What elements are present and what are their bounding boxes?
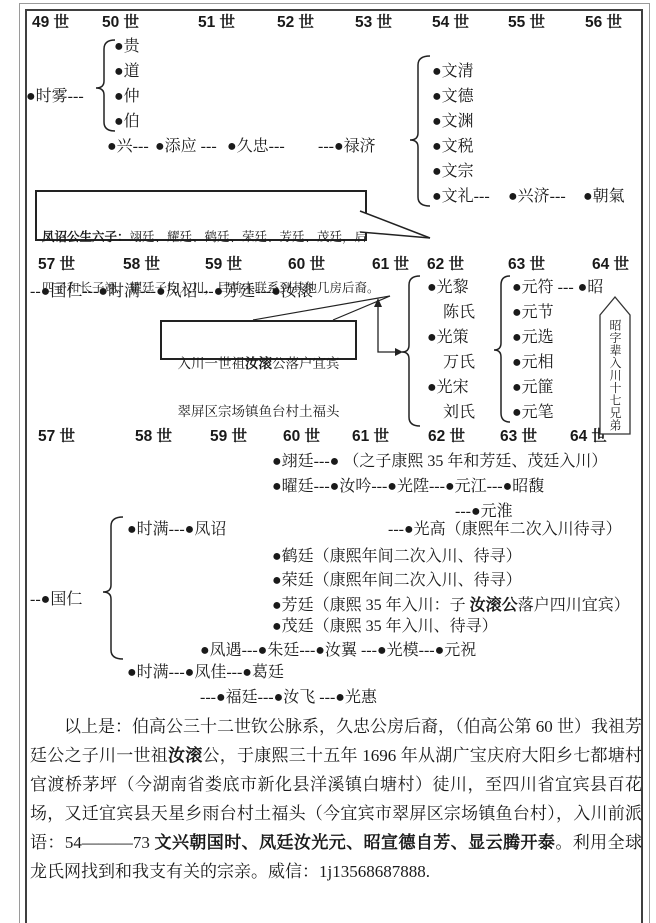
callout2-pre: 入川一世祖 <box>178 356 246 371</box>
node-yuanxuan: ●元选 <box>512 328 554 348</box>
node-rongting: ●荣廷（康熙年间二次入川、待寻） <box>272 571 522 591</box>
gen-header-63b: 63 世 <box>500 427 537 447</box>
node-yuanhuai: ---●元淮 <box>455 502 513 522</box>
node-wenshui: ●文税 <box>432 137 474 157</box>
callout2-post: 公落户宜宾 <box>272 356 340 371</box>
node-yuanfu-zhao: ●元符 --- ●昭 <box>512 278 603 298</box>
node-shiwu: ●时雾--- <box>26 87 84 107</box>
gen-header-61a: 61 世 <box>372 255 409 275</box>
gen-header-57b: 57 世 <box>38 427 75 447</box>
node-shiman1: ●时满---●凤诏 <box>127 520 226 540</box>
node-wende: ●文德 <box>432 87 474 107</box>
callout1-title: 凤诏公生六子： <box>42 230 130 244</box>
node-yuanjie: ●元节 <box>512 303 554 323</box>
genealogy-chart-page: 49 世 50 世 51 世 52 世 53 世 54 世 55 世 56 世 … <box>0 0 656 923</box>
node-fengyu: ●凤遇---●朱廷---●汝翼 ---●光模---●元祝 <box>200 641 476 661</box>
callout2-bold: 汝滚 <box>245 356 272 371</box>
node-bo: ●伯 <box>114 112 140 132</box>
node-fangting: ●芳廷（康熙 35 年入川：子 汝滚公落户四川宜宾） <box>272 596 630 616</box>
gen-header-64a: 64 世 <box>592 255 629 275</box>
node-heting: ●鹤廷（康熙年间二次入川、待寻） <box>272 547 522 567</box>
node-wenyuan: ●文渊 <box>432 112 474 132</box>
gen-header-51: 51 世 <box>198 13 235 33</box>
node-yuanbi: ●元笔 <box>512 403 554 423</box>
node-jiuzhong: ●久忠--- <box>227 137 285 157</box>
callout1-line1: 翊廷、耀廷、鹤廷、荣廷、芳廷、茂廷，后 <box>130 230 368 244</box>
node-gui: ●贵 <box>114 37 140 57</box>
gen-header-62a: 62 世 <box>427 255 464 275</box>
gen-header-50: 50 世 <box>102 13 139 33</box>
gen-header-54: 54 世 <box>432 13 469 33</box>
gen-header-52: 52 世 <box>277 13 314 33</box>
gen-header-49: 49 世 <box>32 13 69 33</box>
gen-header-56: 56 世 <box>585 13 622 33</box>
gen-header-53: 53 世 <box>355 13 392 33</box>
node-tianying: ●添应 --- <box>155 137 217 157</box>
node-guoren: --●国仁 <box>30 590 82 610</box>
gen-header-61b: 61 世 <box>352 427 389 447</box>
gen-header-63a: 63 世 <box>508 255 545 275</box>
node-chenshi: 陈氏 <box>443 303 475 323</box>
callout-fengzhao-six-sons: 凤诏公生六子：翊廷、耀廷、鹤廷、荣廷、芳廷、茂廷，后 四子和长子翊、耀廷子均入川… <box>35 190 367 241</box>
callout1-line2: 四子和长子翊、耀廷子均入川，目前未联系到其他几房后裔。 <box>42 280 365 297</box>
node-luji: ---●禄济 <box>318 137 376 157</box>
node-xing: ●兴--- <box>107 137 149 157</box>
node-dao: ●道 <box>114 62 140 82</box>
node-liushi: 刘氏 <box>443 403 475 423</box>
node-wanshi: 万氏 <box>443 353 475 373</box>
node-yuanfei: ●元篚 <box>512 378 554 398</box>
node-guangli: ●光黎 <box>427 278 469 298</box>
callout2-line2: 翠屏区宗场镇鱼台村土福头 <box>162 404 355 420</box>
node-shiman2: ●时满---●凤佳---●葛廷 <box>127 663 284 683</box>
node-guangsong: ●光宋 <box>427 378 469 398</box>
node-yuanxiang: ●元相 <box>512 353 554 373</box>
node-yaoting: ●曜廷---●汝吟---●光陞---●元江---●昭馥 <box>272 477 544 497</box>
node-wenqing: ●文清 <box>432 62 474 82</box>
gen-header-62b: 62 世 <box>428 427 465 447</box>
gen-header-55: 55 世 <box>508 13 545 33</box>
banner-zhao-generation-note: 昭字辈入川十七兄弟 <box>602 319 628 431</box>
callout-rugun-settled: 入川一世祖汝滚公落户宜宾 翠屏区宗场镇鱼台村土福头 <box>160 320 357 360</box>
node-guangce: ●光策 <box>427 328 469 348</box>
node-zhong: ●仲 <box>114 87 140 107</box>
node-wenzong: ●文宗 <box>432 162 474 182</box>
node-xingji: ●兴济--- <box>508 187 566 207</box>
node-guanggao: ---●光高（康熙年二次入川待寻） <box>388 520 622 540</box>
node-chaoqi: ●朝氣 <box>583 187 625 207</box>
summary-paragraph: 以上是：伯高公三十二世钦公脉系，久忠公房后裔，（伯高公第 60 世）我祖芳廷公之… <box>30 712 642 886</box>
node-yiting: ●翊廷---● （之子康熙 35 年和芳廷、茂廷入川） <box>272 452 607 472</box>
node-wenli: ●文礼--- <box>432 187 490 207</box>
node-futing: ---●福廷---●汝飞 ---●光惠 <box>200 688 377 708</box>
node-maoting: ●茂廷（康熙 35 年入川、待寻） <box>272 617 498 637</box>
